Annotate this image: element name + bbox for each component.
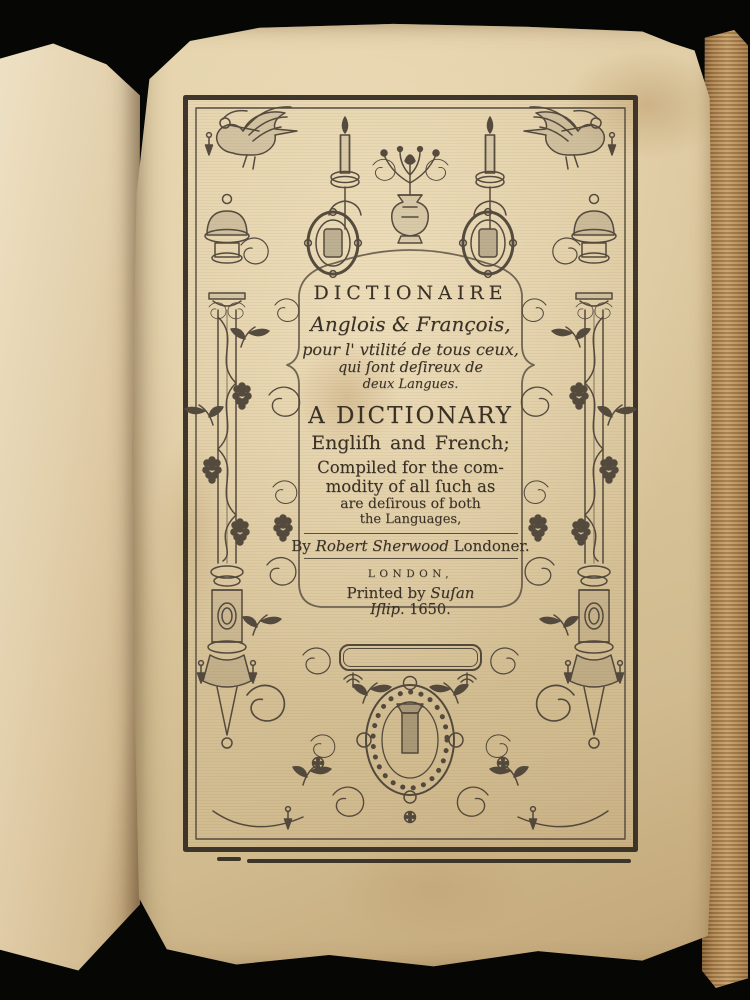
imprint-line2: Printed by Suſan [256, 584, 566, 602]
printer-last-name: Iſlip. [370, 602, 404, 618]
printers-rule-top [304, 533, 518, 534]
byline: By Robert Sherwood Londoner. [256, 537, 566, 555]
printer-first-name: Suſan [430, 584, 474, 602]
english-line4: modity of all ſuch as [256, 477, 566, 496]
french-line3: pour l' vtilité de tous ceux, [256, 340, 566, 360]
imprint-printed-by: Printed by [347, 584, 431, 602]
english-subtitle: Engliſh and French; [256, 431, 566, 455]
byline-prefix: By [291, 537, 315, 555]
english-title: A DICTIONARY [256, 402, 566, 430]
imprint-line3: Iſlip. 1650. [256, 602, 566, 619]
printers-rule-bottom [304, 558, 518, 559]
byline-suffix: Londoner. [449, 537, 530, 555]
english-line5: are deſirous of both [256, 496, 566, 512]
author-name: Robert Sherwood [316, 537, 449, 555]
english-line6: the Languages, [256, 512, 566, 527]
heron-bird-icon-right [524, 107, 604, 169]
blank-tablet [340, 645, 481, 687]
french-subtitle: Anglois & François, [256, 311, 566, 338]
french-title: DICTIONAIRE [256, 281, 566, 305]
beaded-medallion-icon [313, 677, 509, 823]
imprint-city: LONDON, [256, 568, 566, 581]
woodcut-border-frame: DICTIONAIRE Anglois & François, pour l' … [183, 95, 638, 852]
title-page: DICTIONAIRE Anglois & François, pour l' … [132, 22, 712, 974]
left-page-edge [0, 34, 140, 980]
oval-medallion-icon-left [305, 209, 362, 278]
heron-bird-icon-left [217, 107, 297, 169]
french-line5: deux Langues. [256, 377, 566, 393]
oval-medallion-icon-right [460, 209, 517, 278]
english-line3: Compiled for the com- [256, 458, 566, 477]
photo-of-open-book: DICTIONAIRE Anglois & François, pour l' … [0, 0, 750, 1000]
french-line4: qui ſont deſireux de [256, 360, 566, 377]
title-text-block: DICTIONAIRE Anglois & François, pour l' … [256, 281, 566, 619]
imprint-year: 1650. [405, 602, 451, 618]
